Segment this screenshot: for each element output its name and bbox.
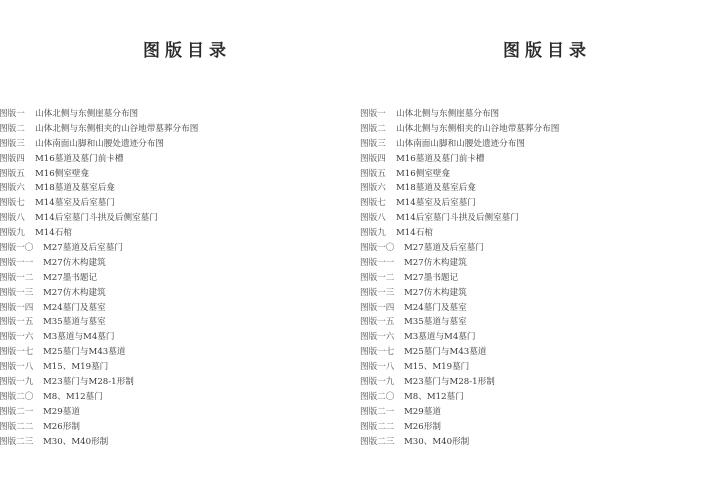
- plate-caption: M16墓道及墓门前卡槽: [35, 152, 124, 167]
- plate-number: 图版一一: [360, 256, 394, 271]
- plate-number: 图版一九: [360, 375, 394, 390]
- plate-caption: M27仿木构建筑: [43, 256, 106, 271]
- plate-caption: M27墓道及后室墓门: [43, 241, 123, 256]
- plate-caption: 山体南面山脚和山腰处遗迹分布图: [35, 137, 164, 152]
- plate-number: 图版一五: [360, 315, 394, 330]
- plate-caption: M14石棺: [396, 226, 433, 241]
- plate-number: 图版一八: [0, 360, 33, 375]
- plate-number: 图版九: [0, 226, 25, 241]
- plate-caption: M27仿木构建筑: [404, 286, 467, 301]
- page-title: 图版目录: [143, 36, 231, 61]
- plate-number: 图版二二: [0, 420, 33, 435]
- plate-number: 图版八: [360, 211, 386, 226]
- plate-caption: M30、M40形制: [43, 435, 108, 450]
- plate-number: 图版一四: [0, 301, 33, 316]
- plate-caption: M27墨书题记: [43, 271, 97, 286]
- plate-caption: 山体北侧与东侧崖墓分布图: [35, 107, 138, 122]
- plate-number: 图版一八: [360, 360, 394, 375]
- plate-caption: M16侧室壁龛: [35, 167, 89, 182]
- plate-number: 图版二二: [360, 420, 394, 435]
- plate-caption: 山体北侧与东侧相夹的山谷地带墓葬分布图: [35, 122, 198, 137]
- plate-caption: 山体北侧与东侧崖墓分布图: [396, 107, 499, 122]
- plate-caption: M30、M40形制: [404, 435, 469, 450]
- plate-caption: M8、M12墓门: [43, 390, 103, 405]
- plate-number: 图版二三: [0, 435, 33, 450]
- plate-caption: M23墓门与M28-1形制: [43, 375, 134, 390]
- right-page: 图版目录 图版一山体北侧与东侧崖墓分布图图版二山体北侧与东侧相夹的山谷地带墓葬分…: [360, 0, 720, 480]
- plate-number: 图版四: [0, 152, 25, 167]
- plate-caption: M15、M19墓门: [43, 360, 108, 375]
- plate-caption: M24墓门及墓室: [404, 301, 467, 316]
- plate-caption: M35墓道与墓室: [43, 315, 106, 330]
- plate-number: 图版六: [0, 181, 25, 196]
- plate-number: 图版七: [0, 196, 25, 211]
- plate-caption: M3墓道与M4墓门: [43, 330, 115, 345]
- plate-caption: M26形制: [404, 420, 441, 435]
- plate-caption: M16墓道及墓门前卡槽: [396, 152, 485, 167]
- plate-caption: M25墓门与M43墓道: [404, 345, 486, 360]
- plate-number: 图版二〇: [0, 390, 33, 405]
- plate-number: 图版一九: [0, 375, 33, 390]
- plate-caption: M29墓道: [404, 405, 441, 420]
- plate-number: 图版二: [360, 122, 386, 137]
- plate-caption: M14后室墓门斗拱及后侧室墓门: [35, 211, 158, 226]
- plate-caption: M8、M12墓门: [404, 390, 464, 405]
- plate-number: 图版一〇: [360, 241, 394, 256]
- plate-caption: M27仿木构建筑: [43, 286, 106, 301]
- plate-caption: M3墓道与M4墓门: [404, 330, 476, 345]
- plate-caption: M18墓道及墓室后龛: [35, 181, 115, 196]
- plate-number: 图版一三: [0, 286, 33, 301]
- plate-caption: M14墓室及后室墓门: [396, 196, 476, 211]
- plate-number: 图版一〇: [0, 241, 33, 256]
- plate-number: 图版一五: [0, 315, 33, 330]
- plate-number: 图版八: [0, 211, 25, 226]
- plate-number: 图版九: [360, 226, 386, 241]
- plate-number: 图版一二: [360, 271, 394, 286]
- plate-number: 图版六: [360, 181, 386, 196]
- plate-caption: M23墓门与M28-1形制: [404, 375, 495, 390]
- plate-caption: M27仿木构建筑: [404, 256, 467, 271]
- plate-number: 图版二〇: [360, 390, 394, 405]
- plate-number: 图版三: [0, 137, 25, 152]
- plate-caption: M16侧室壁龛: [396, 167, 450, 182]
- plate-caption: 山体北侧与东侧相夹的山谷地带墓葬分布图: [396, 122, 559, 137]
- plate-number: 图版一二: [0, 271, 33, 286]
- plate-number: 图版一一: [0, 256, 33, 271]
- plate-number: 图版二三: [360, 435, 394, 450]
- plate-caption: M29墓道: [43, 405, 80, 420]
- plate-caption: M25墓门与M43墓道: [43, 345, 125, 360]
- plate-caption: M27墨书题记: [404, 271, 458, 286]
- plate-number: 图版二一: [360, 405, 394, 420]
- plate-number: 图版三: [360, 137, 386, 152]
- plate-number: 图版一: [0, 107, 25, 122]
- plate-number: 图版一四: [360, 301, 394, 316]
- left-page: 图版目录 图版一山体北侧与东侧崖墓分布图图版二山体北侧与东侧相夹的山谷地带墓葬分…: [0, 0, 360, 480]
- plate-number: 图版一六: [360, 330, 394, 345]
- plate-caption: M26形制: [43, 420, 80, 435]
- plate-number: 图版五: [360, 167, 386, 182]
- plate-caption: M15、M19墓门: [404, 360, 469, 375]
- plate-number: 图版一七: [360, 345, 394, 360]
- plate-number: 图版二: [0, 122, 25, 137]
- plate-number: 图版一六: [0, 330, 33, 345]
- plate-caption: M14石棺: [35, 226, 72, 241]
- plate-number: 图版二一: [0, 405, 33, 420]
- plate-caption: M18墓道及墓室后龛: [396, 181, 476, 196]
- plate-caption: M14后室墓门斗拱及后侧室墓门: [396, 211, 519, 226]
- plate-caption: 山体南面山脚和山腰处遗迹分布图: [396, 137, 525, 152]
- plate-caption: M27墓道及后室墓门: [404, 241, 484, 256]
- plate-caption: M14墓室及后室墓门: [35, 196, 115, 211]
- plate-number: 图版四: [360, 152, 386, 167]
- plate-number: 图版一: [360, 107, 386, 122]
- plate-caption: M24墓门及墓室: [43, 301, 106, 316]
- plate-caption: M35墓道与墓室: [404, 315, 467, 330]
- page-title: 图版目录: [503, 36, 591, 61]
- plate-number: 图版一七: [0, 345, 33, 360]
- plate-number: 图版一三: [360, 286, 394, 301]
- plate-number: 图版五: [0, 167, 25, 182]
- plate-number: 图版七: [360, 196, 386, 211]
